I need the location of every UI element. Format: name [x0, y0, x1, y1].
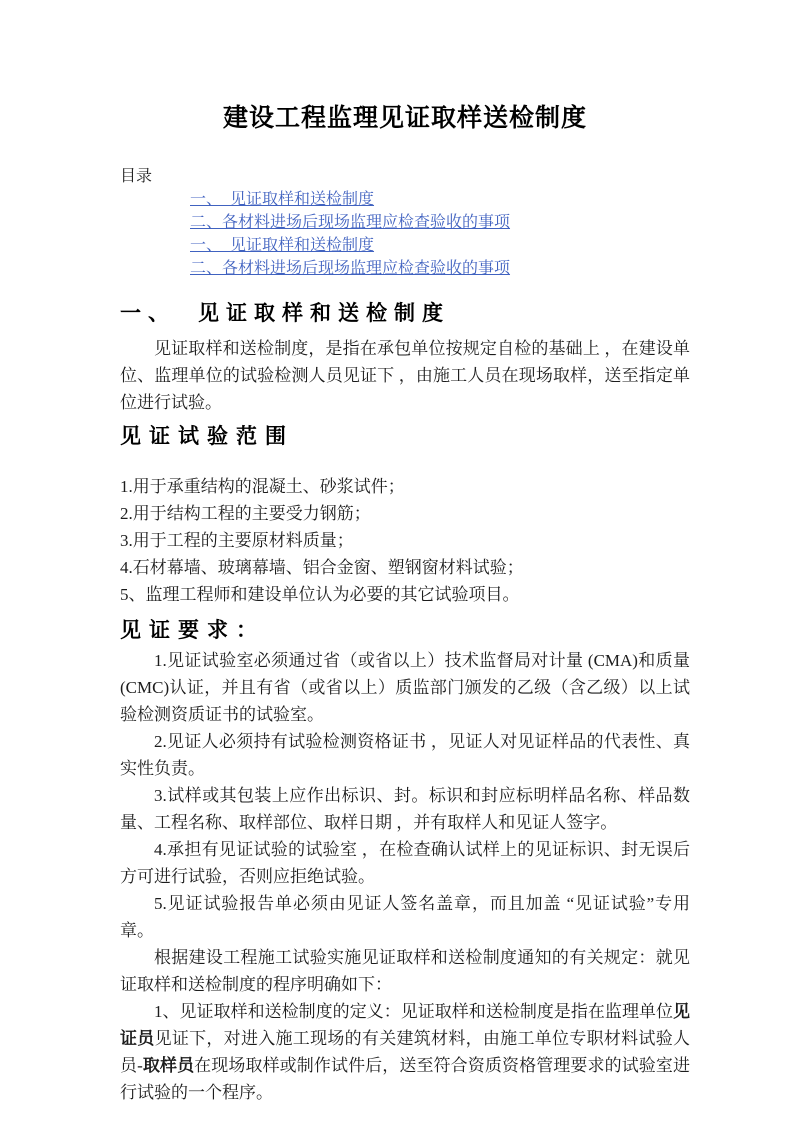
table-of-contents: 目录 一、 见证取样和送检制度 二、各材料进场后现场监理应检查验收的事项 一、 … — [120, 166, 690, 280]
scope-item-4: 4.石材幕墙、玻璃幕墙、铝合金窗、塑钢窗材料试验； — [120, 554, 690, 581]
section-1-title: 见证取样和送检制度 — [198, 301, 450, 325]
requirement-paragraph-4: 4.承担有见证试验的试验室 ，在检查确认试样上的见证标识、封无误后方可进行试验，… — [120, 836, 690, 890]
scope-item-5: 5、监理工程师和建设单位认为必要的其它试验项目。 — [120, 581, 690, 608]
toc-links: 一、 见证取样和送检制度 二、各材料进场后现场监理应检查验收的事项 一、 见证取… — [190, 188, 690, 280]
section-1-number: 一、 — [120, 301, 176, 325]
requirement-paragraph-3: 3.试样或其包装上应作出标识、封。标识和封应标明样品名称、样品数量、工程名称、取… — [120, 782, 690, 836]
scope-item-3: 3.用于工程的主要原材料质量； — [120, 527, 690, 554]
document-title: 建设工程监理见证取样送检制度 — [120, 102, 690, 136]
toc-link-3[interactable]: 一、 见证取样和送检制度 — [190, 234, 690, 257]
toc-link-1[interactable]: 一、 见证取样和送检制度 — [190, 188, 690, 211]
definition-seg-4: 在现场取样或制作试件后，送至符合资质资格管理要求的试验室进行试验的一个程序。 — [120, 1056, 690, 1102]
toc-label: 目录 — [120, 166, 690, 188]
section-1-heading: 一、见证取样和送检制度 — [120, 298, 690, 328]
requirement-paragraph-5: 5.见证试验报告单必须由见证人签名盖章，而且加盖 “见证试验”专用章。 — [120, 890, 690, 944]
requirements-body: 1.见证试验室必须通过省（或省以上）技术监督局对计量 (CMA)和质量(CMC)… — [120, 647, 690, 1106]
scope-item-1: 1.用于承重结构的混凝土、砂浆试件； — [120, 473, 690, 500]
definition-paragraph: 1、见证取样和送检制度的定义：见证取样和送检制度是指在监理单位见证员见证下，对进… — [120, 998, 690, 1106]
section-1-intro-paragraph: 见证取样和送检制度，是指在承包单位按规定自检的基础上 ，在建设单位、监理单位的试… — [120, 335, 690, 416]
toc-link-2[interactable]: 二、各材料进场后现场监理应检查验收的事项 — [190, 211, 690, 234]
toc-link-4[interactable]: 二、各材料进场后现场监理应检查验收的事项 — [190, 257, 690, 280]
scope-list: 1.用于承重结构的混凝土、砂浆试件； 2.用于结构工程的主要受力钢筋； 3.用于… — [120, 473, 690, 608]
requirement-paragraph-1: 1.见证试验室必须通过省（或省以上）技术监督局对计量 (CMA)和质量(CMC)… — [120, 647, 690, 728]
scope-item-2: 2.用于结构工程的主要受力钢筋； — [120, 500, 690, 527]
scope-heading: 见证试验范围 — [120, 421, 690, 451]
requirement-paragraph-2: 2.见证人必须持有试验检测资格证书 ，见证人对见证样品的代表性、真实性负责。 — [120, 728, 690, 782]
requirements-heading: 见证要求： — [120, 615, 690, 645]
definition-seg-0: 1、见证取样和送检制度的定义：见证取样和送检制度是指在监理单位 — [154, 1002, 673, 1021]
requirement-basis-paragraph: 根据建设工程施工试验实施见证取样和送检制度通知的有关规定：就见证取样和送检制度的… — [120, 944, 690, 998]
definition-term-sampler: 取样员 — [143, 1056, 194, 1075]
document-page: 建设工程监理见证取样送检制度 目录 一、 见证取样和送检制度 二、各材料进场后现… — [0, 0, 800, 1132]
